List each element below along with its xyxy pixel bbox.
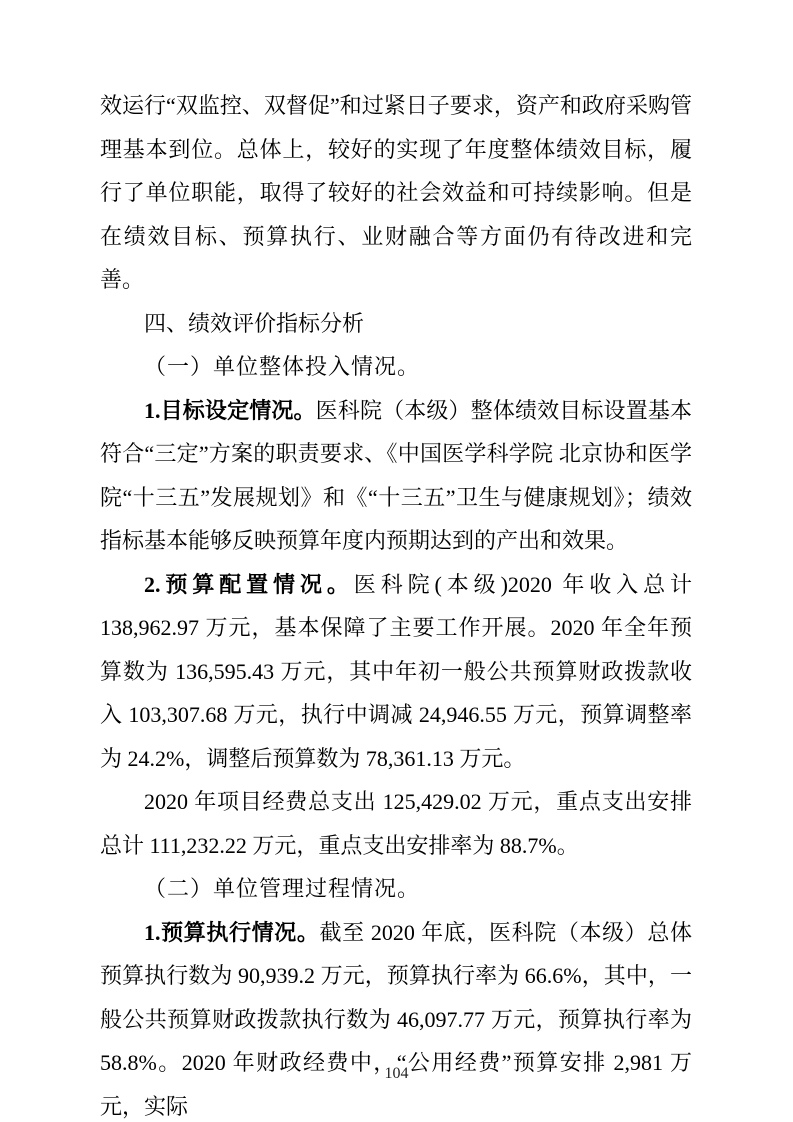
section-heading-performance-indicator-analysis: 四、绩效评价指标分析 bbox=[100, 302, 692, 346]
document-page: 效运行“双监控、双督促”和过紧日子要求，资产和政府采购管理基本到位。总体上，较好… bbox=[0, 0, 793, 1122]
paragraph-budget-execution: 1.预算执行情况。截至 2020 年底，医科院（本级）总体预算执行数为 90,9… bbox=[100, 911, 692, 1122]
subsection-heading-management-process: （二）单位管理过程情况。 bbox=[100, 867, 692, 911]
paragraph-budget-allocation-lead: 2.预算配置情况。 bbox=[144, 572, 354, 597]
paragraph-budget-execution-lead: 1.预算执行情况。 bbox=[144, 920, 320, 945]
paragraph-project-expense: 2020 年项目经费总支出 125,429.02 万元，重点支出安排总计 111… bbox=[100, 780, 692, 867]
paragraph-goal-setting: 1.目标设定情况。医科院（本级）整体绩效目标设置基本符合“三定”方案的职责要求、… bbox=[100, 389, 692, 563]
paragraph-budget-execution-text: 截至 2020 年底，医科院（本级）总体预算执行数为 90,939.2 万元，预… bbox=[100, 920, 692, 1119]
page-number: 104 bbox=[0, 1064, 793, 1084]
document-text-block: 效运行“双监控、双督促”和过紧日子要求，资产和政府采购管理基本到位。总体上，较好… bbox=[100, 84, 692, 1122]
subsection-heading-overall-input: （一）单位整体投入情况。 bbox=[100, 345, 692, 389]
paragraph-budget-allocation: 2.预算配置情况。医科院(本级)2020 年收入总计 138,962.97 万元… bbox=[100, 563, 692, 781]
paragraph-goal-setting-lead: 1.目标设定情况。 bbox=[144, 398, 316, 423]
paragraph-summary-continuation: 效运行“双监控、双督促”和过紧日子要求，资产和政府采购管理基本到位。总体上，较好… bbox=[100, 84, 692, 302]
paragraph-budget-allocation-text: 医科院(本级)2020 年收入总计 138,962.97 万元，基本保障了主要工… bbox=[100, 572, 692, 771]
